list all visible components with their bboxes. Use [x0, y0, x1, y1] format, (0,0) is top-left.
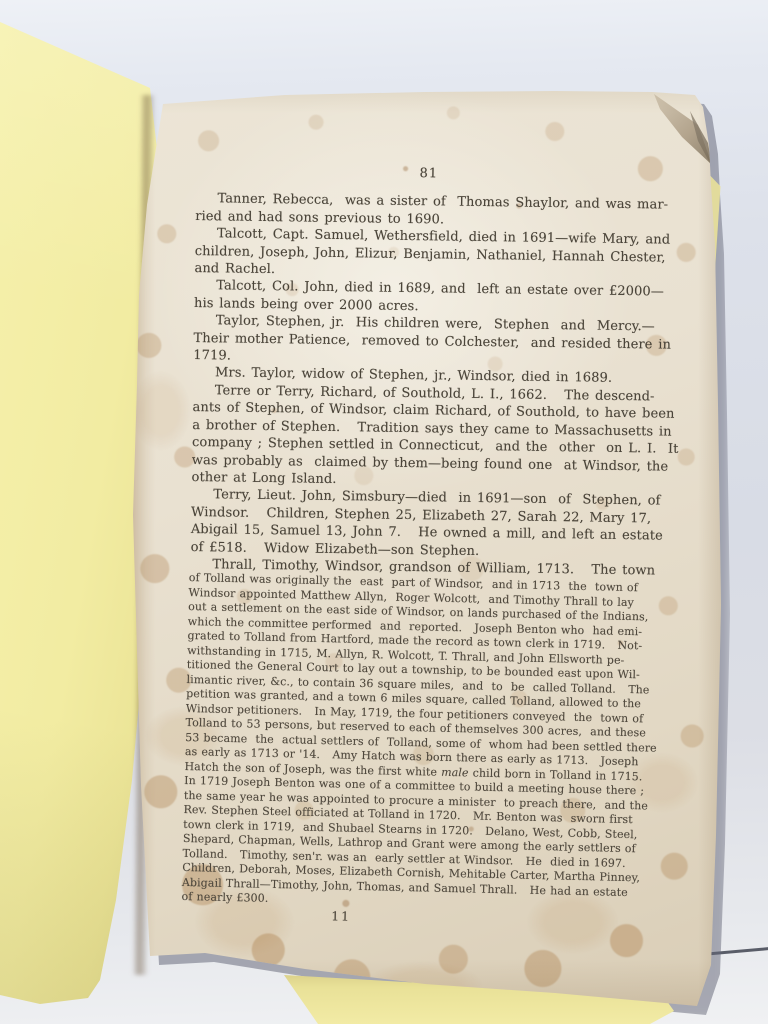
page-edge-vignette	[125, 85, 722, 1015]
book-page: 81 Tanner, Rebecca, was a sister of Thom…	[125, 85, 722, 1015]
book-photo-scene: 81 Tanner, Rebecca, was a sister of Thom…	[0, 0, 768, 1024]
